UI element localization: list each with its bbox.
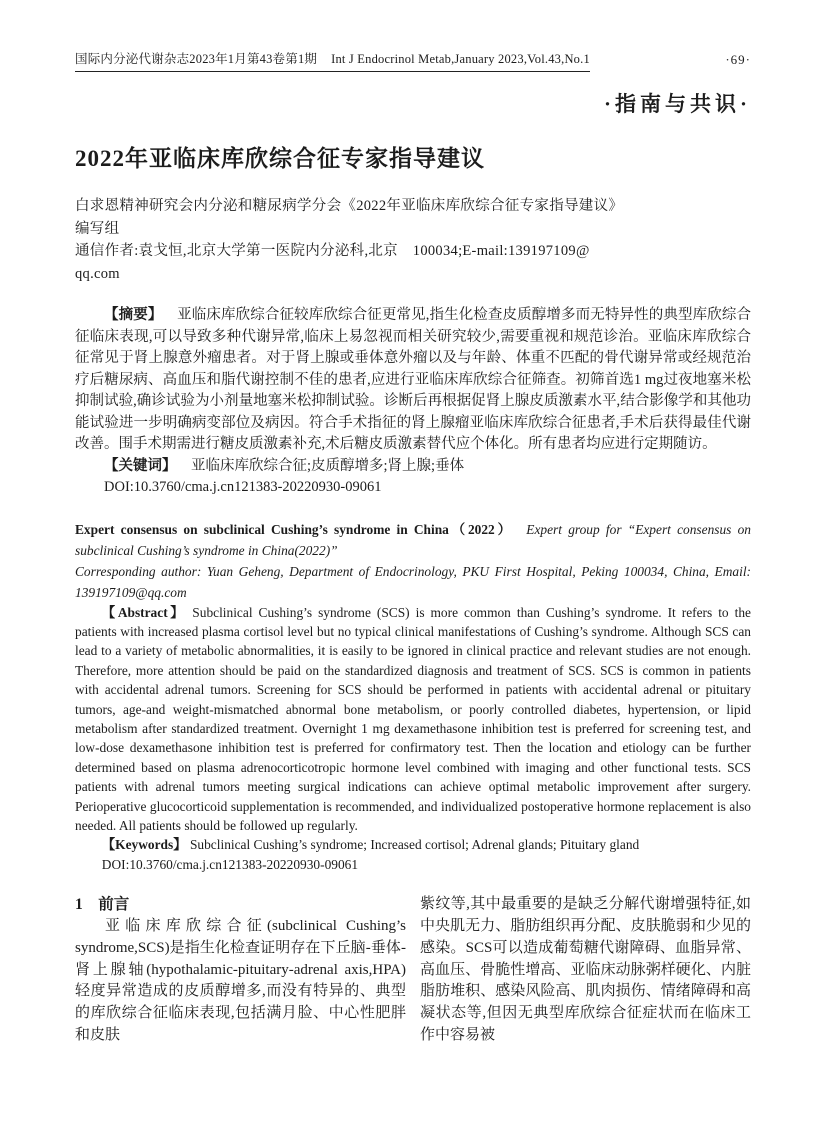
keywords-cn-line: 【关键词】亚临床库欣综合征;皮质醇增多;肾上腺;垂体 bbox=[75, 456, 751, 478]
journal-page: 国际内分泌代谢杂志2023年1月第43卷第1期Int J Endocrinol … bbox=[0, 0, 826, 1122]
abstract-en-paragraph: 【Abstract】 Subclinical Cushing’s syndrom… bbox=[75, 603, 751, 836]
column-section-label: ·指南与共识· bbox=[75, 88, 751, 118]
page-number: ·69· bbox=[725, 52, 751, 67]
keywords-en-label: 【Keywords】 bbox=[102, 837, 187, 852]
author-block: 白求恩精神研究会内分泌和糖尿病学分会《2022年亚临床库欣综合征专家指导建议》 … bbox=[75, 195, 751, 285]
english-abstract-block: Expert consensus on subclinical Cushing’… bbox=[75, 519, 751, 875]
journal-title-en: Int J Endocrinol Metab,January 2023,Vol.… bbox=[331, 52, 590, 66]
section1-heading: 1前言 bbox=[75, 894, 406, 916]
body-columns: 1前言 亚临床库欣综合征(subclinical Cushing’s syndr… bbox=[75, 894, 751, 1047]
abstract-cn-label: 【摘要】 bbox=[104, 307, 163, 323]
abstract-en-label: 【Abstract】 bbox=[102, 605, 187, 620]
chinese-abstract-block: 【摘要】亚临床库欣综合征较库欣综合征更常见,指生化检查皮质醇增多而无特异性的典型… bbox=[75, 305, 751, 499]
abstract-cn-paragraph: 【摘要】亚临床库欣综合征较库欣综合征更常见,指生化检查皮质醇增多而无特异性的典型… bbox=[75, 305, 751, 456]
keywords-cn-label: 【关键词】 bbox=[104, 458, 177, 474]
article-title: 2022年亚临床库欣综合征专家指导建议 bbox=[75, 140, 751, 173]
english-title-line: Expert consensus on subclinical Cushing’… bbox=[75, 519, 751, 561]
body-column-right: 紫纹等,其中最重要的是缺乏分解代谢增强特征,如中央肌无力、脂肪组织再分配、皮肤脆… bbox=[420, 894, 751, 1047]
body-paragraph-right: 紫纹等,其中最重要的是缺乏分解代谢增强特征,如中央肌无力、脂肪组织再分配、皮肤脆… bbox=[420, 894, 751, 1047]
author-group-line2: 编写组 bbox=[75, 218, 751, 241]
keywords-en-text: Subclinical Cushing’s syndrome; Increase… bbox=[190, 837, 639, 852]
section1-number: 1 bbox=[75, 896, 83, 913]
page-content: 国际内分泌代谢杂志2023年1月第43卷第1期Int J Endocrinol … bbox=[75, 52, 751, 1047]
body-paragraph-left: 亚临床库欣综合征(subclinical Cushing’s syndrome,… bbox=[75, 916, 406, 1047]
english-title: Expert consensus on subclinical Cushing’… bbox=[75, 522, 514, 537]
correspondence-line2: qq.com bbox=[75, 263, 751, 286]
body-column-left: 1前言 亚临床库欣综合征(subclinical Cushing’s syndr… bbox=[75, 894, 406, 1047]
keywords-en-line: 【Keywords】 Subclinical Cushing’s syndrom… bbox=[75, 835, 751, 854]
doi-cn-line: DOI:10.3760/cma.j.cn121383-20220930-0906… bbox=[75, 477, 751, 499]
abstract-en-text: Subclinical Cushing’s syndrome (SCS) is … bbox=[75, 605, 751, 833]
english-correspondence: Corresponding author: Yuan Geheng, Depar… bbox=[75, 561, 751, 603]
section1-title: 前言 bbox=[98, 896, 129, 913]
keywords-cn-text: 亚临床库欣综合征;皮质醇增多;肾上腺;垂体 bbox=[191, 458, 464, 474]
running-head: 国际内分泌代谢杂志2023年1月第43卷第1期Int J Endocrinol … bbox=[75, 52, 751, 72]
journal-title-cn: 国际内分泌代谢杂志2023年1月第43卷第1期 bbox=[75, 52, 317, 66]
journal-citation-line: 国际内分泌代谢杂志2023年1月第43卷第1期Int J Endocrinol … bbox=[75, 52, 590, 72]
correspondence-line1: 通信作者:袁戈恒,北京大学第一医院内分泌科,北京 100034;E-mail:1… bbox=[75, 240, 751, 263]
doi-en-line: DOI:10.3760/cma.j.cn121383-20220930-0906… bbox=[75, 855, 751, 874]
author-group-line1: 白求恩精神研究会内分泌和糖尿病学分会《2022年亚临床库欣综合征专家指导建议》 bbox=[75, 195, 751, 218]
abstract-cn-text: 亚临床库欣综合征较库欣综合征更常见,指生化检查皮质醇增多而无特异性的典型库欣综合… bbox=[75, 307, 751, 452]
